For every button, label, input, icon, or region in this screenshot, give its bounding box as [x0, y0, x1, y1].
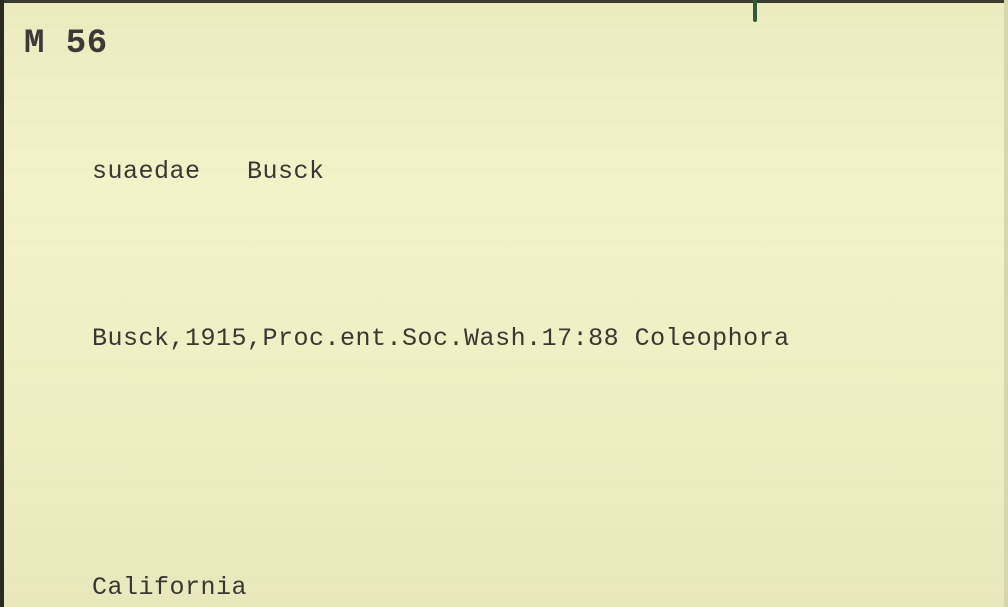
- card-id: M 56: [24, 25, 108, 63]
- locality: California: [92, 573, 247, 602]
- species-name: suaedae Busck: [92, 157, 325, 186]
- citation: Busck,1915,Proc.ent.Soc.Wash.17:88 Coleo…: [92, 324, 790, 353]
- index-card: M 56 suaedae Busck Busck,1915,Proc.ent.S…: [4, 3, 1004, 607]
- card-right-edge: [1004, 0, 1008, 607]
- tab-marker: [753, 0, 757, 22]
